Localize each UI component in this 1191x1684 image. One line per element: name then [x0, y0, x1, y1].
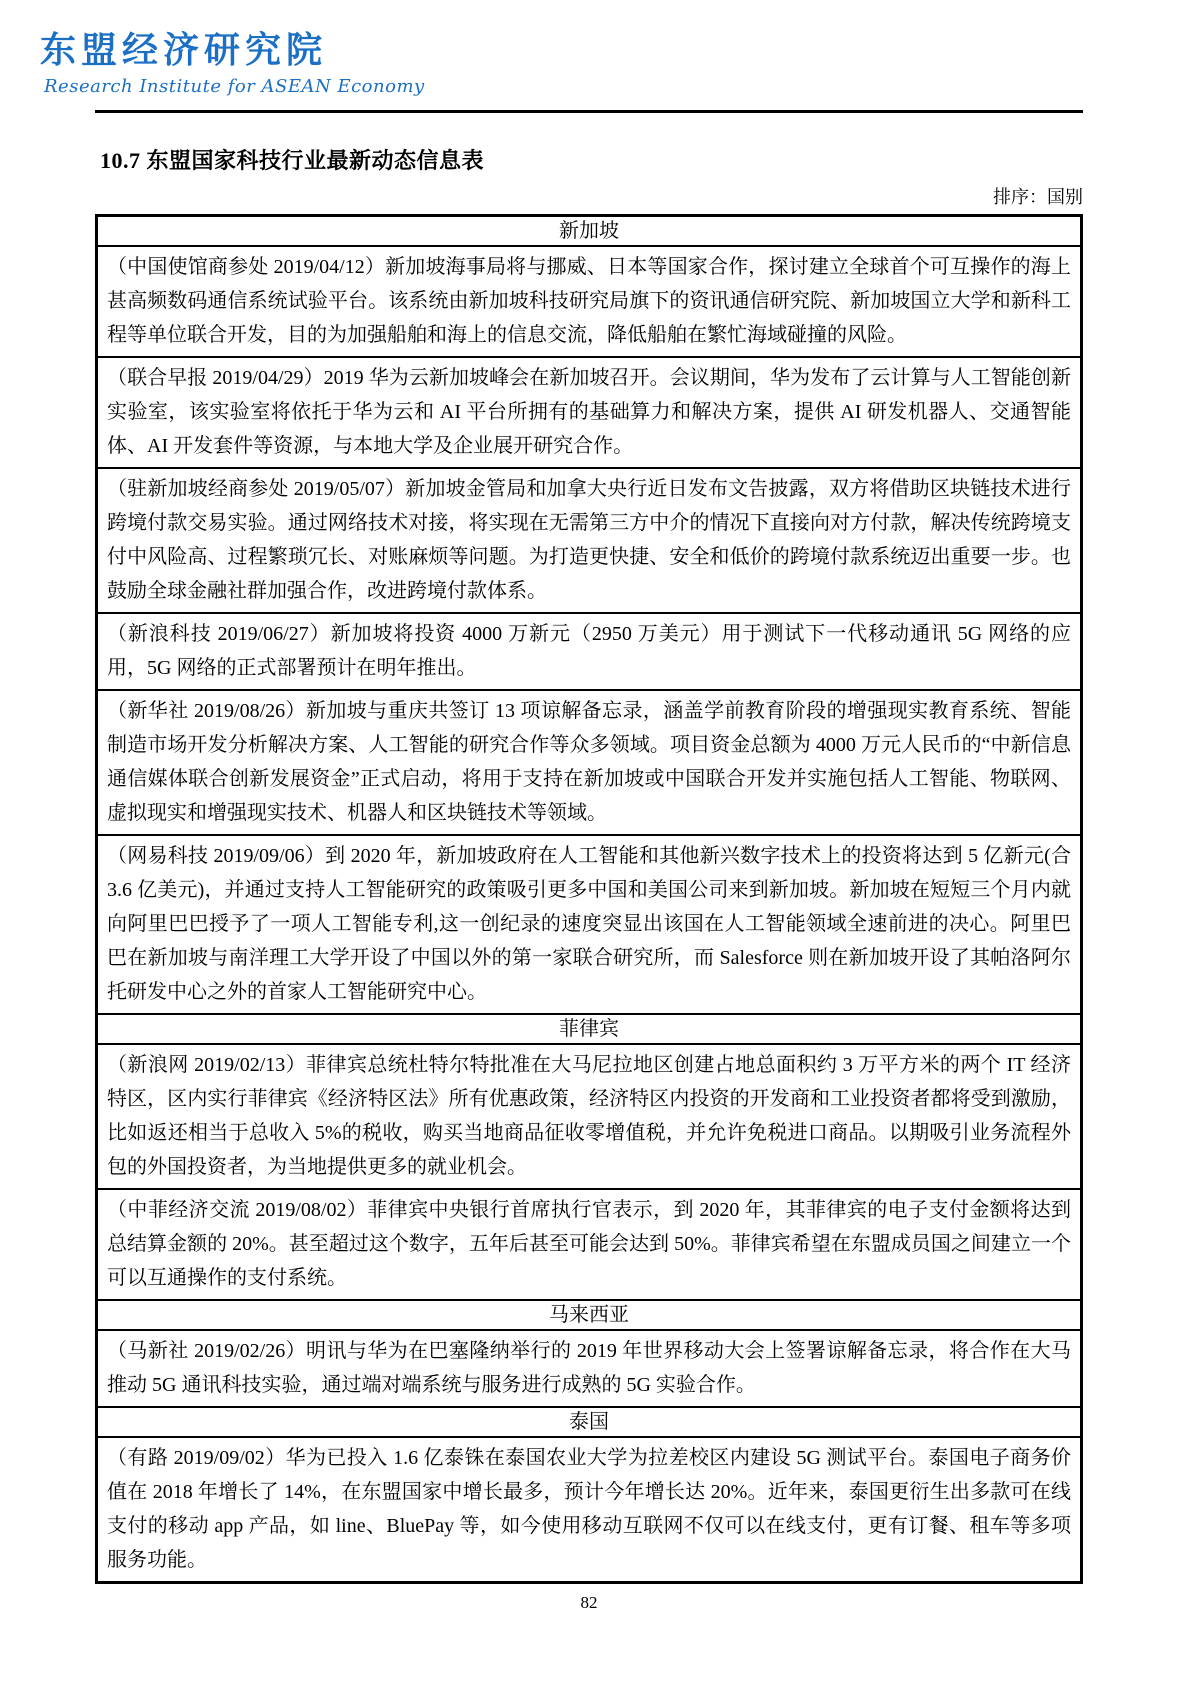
country-section-row: 新加坡 [97, 216, 1082, 247]
country-header: 新加坡 [97, 216, 1082, 247]
news-entry-row: （有路 2019/09/02）华为已投入 1.6 亿泰铢在泰国农业大学为拉差校区… [97, 1437, 1082, 1583]
news-entry: （新浪科技 2019/06/27）新加坡将投资 4000 万新元（2950 万美… [97, 613, 1082, 690]
news-entry-row: （联合早报 2019/04/29）2019 华为云新加坡峰会在新加坡召开。会议期… [97, 357, 1082, 468]
sort-order-note: 排序：国别 [95, 183, 1083, 209]
news-entry: （新华社 2019/08/26）新加坡与重庆共签订 13 项谅解备忘录，涵盖学前… [97, 690, 1082, 835]
news-entry-row: （新浪网 2019/02/13）菲律宾总统杜特尔特批准在大马尼拉地区创建占地总面… [97, 1044, 1082, 1189]
country-section-row: 泰国 [97, 1407, 1082, 1437]
page-number: 82 [95, 1593, 1083, 1613]
news-entry: （驻新加坡经商参处 2019/05/07）新加坡金管局和加拿大央行近日发布文告披… [97, 468, 1082, 613]
news-entry: （中菲经济交流 2019/08/02）菲律宾中央银行首席执行官表示，到 2020… [97, 1189, 1082, 1300]
news-entry-row: （新浪科技 2019/06/27）新加坡将投资 4000 万新元（2950 万美… [97, 613, 1082, 690]
news-entry: （联合早报 2019/04/29）2019 华为云新加坡峰会在新加坡召开。会议期… [97, 357, 1082, 468]
news-entry-row: （新华社 2019/08/26）新加坡与重庆共签订 13 项谅解备忘录，涵盖学前… [97, 690, 1082, 835]
country-header: 马来西亚 [97, 1300, 1082, 1330]
country-header: 菲律宾 [97, 1014, 1082, 1044]
news-table: 新加坡（中国使馆商参处 2019/04/12）新加坡海事局将与挪威、日本等国家合… [95, 214, 1083, 1584]
news-entry: （有路 2019/09/02）华为已投入 1.6 亿泰铢在泰国农业大学为拉差校区… [97, 1437, 1082, 1583]
country-header: 泰国 [97, 1407, 1082, 1437]
document-page: 东盟经济研究院 Research Institute for ASEAN Eco… [0, 0, 1191, 1684]
news-entry-row: （中菲经济交流 2019/08/02）菲律宾中央银行首席执行官表示，到 2020… [97, 1189, 1082, 1300]
page-content: 10.7 东盟国家科技行业最新动态信息表 排序：国别 新加坡（中国使馆商参处 2… [95, 0, 1083, 1613]
news-entry: （中国使馆商参处 2019/04/12）新加坡海事局将与挪威、日本等国家合作，探… [97, 246, 1082, 357]
section-title: 10.7 东盟国家科技行业最新动态信息表 [100, 144, 1083, 175]
news-entry-row: （马新社 2019/02/26）明讯与华为在巴塞隆纳举行的 2019 年世界移动… [97, 1330, 1082, 1407]
news-entry: （马新社 2019/02/26）明讯与华为在巴塞隆纳举行的 2019 年世界移动… [97, 1330, 1082, 1407]
news-entry-row: （网易科技 2019/09/06）到 2020 年，新加坡政府在人工智能和其他新… [97, 835, 1082, 1014]
news-entry-row: （中国使馆商参处 2019/04/12）新加坡海事局将与挪威、日本等国家合作，探… [97, 246, 1082, 357]
news-entry-row: （驻新加坡经商参处 2019/05/07）新加坡金管局和加拿大央行近日发布文告披… [97, 468, 1082, 613]
news-entry: （新浪网 2019/02/13）菲律宾总统杜特尔特批准在大马尼拉地区创建占地总面… [97, 1044, 1082, 1189]
country-section-row: 马来西亚 [97, 1300, 1082, 1330]
country-section-row: 菲律宾 [97, 1014, 1082, 1044]
news-table-body: 新加坡（中国使馆商参处 2019/04/12）新加坡海事局将与挪威、日本等国家合… [97, 216, 1082, 1583]
news-entry: （网易科技 2019/09/06）到 2020 年，新加坡政府在人工智能和其他新… [97, 835, 1082, 1014]
